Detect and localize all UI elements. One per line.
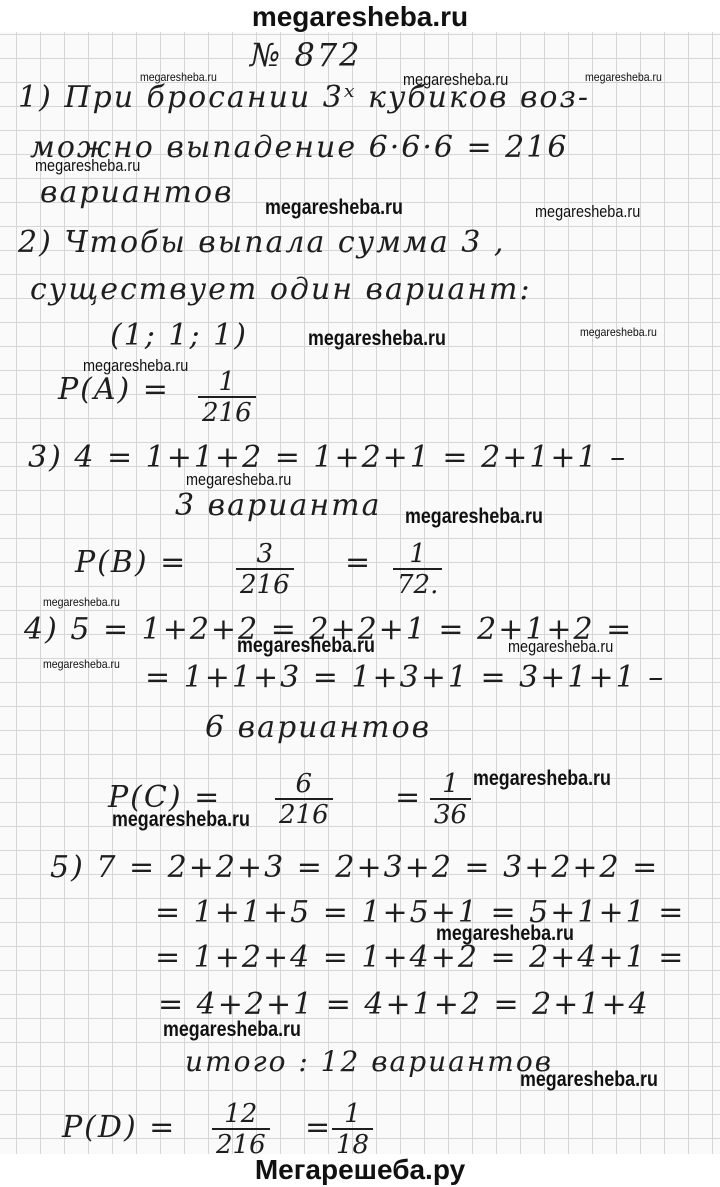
watermark: megaresheba.ru xyxy=(163,1018,301,1042)
part5-line3: = 1+2+4 = 1+4+2 = 2+4+1 = xyxy=(155,940,685,975)
part4-fraction: 6 216 xyxy=(275,770,333,830)
part2-line1: 2) Чтобы выпала сумма 3 , xyxy=(18,225,505,260)
watermark: megaresheba.ru xyxy=(43,595,120,609)
fraction-numerator: 12 xyxy=(220,1100,261,1128)
part5-equals: = xyxy=(305,1110,332,1145)
watermark: megaresheba.ru xyxy=(473,767,611,791)
watermark: megaresheba.ru xyxy=(585,70,662,84)
fraction-denominator: 72. xyxy=(393,570,442,600)
part4-line2: = 1+1+3 = 1+3+1 = 3+1+1 – xyxy=(145,660,665,695)
part2-line2: существует один вариант: xyxy=(30,272,532,307)
problem-number: № 872 xyxy=(250,36,362,74)
watermark: megaresheba.ru xyxy=(508,637,613,657)
watermark: megaresheba.ru xyxy=(403,70,508,90)
part3-equals: = xyxy=(345,545,372,580)
part3-fraction-simplified: 1 72. xyxy=(393,540,442,600)
watermark: megaresheba.ru xyxy=(520,1068,658,1092)
watermark: megaresheba.ru xyxy=(405,505,543,529)
fraction-numerator: 1 xyxy=(215,368,240,396)
part4-fraction-simplified: 1 36 xyxy=(430,770,471,830)
part5-fraction-simplified: 1 18 xyxy=(332,1100,373,1160)
watermark: megaresheba.ru xyxy=(535,202,640,222)
part2-fraction: 1 216 xyxy=(198,368,256,428)
watermark: megaresheba.ru xyxy=(580,325,657,339)
header-site-title[interactable]: megaresheba.ru xyxy=(0,0,720,34)
fraction-numerator: 1 xyxy=(438,770,463,798)
part5-fraction: 12 216 xyxy=(212,1100,270,1160)
footer-site-title[interactable]: Мегарешеба.ру xyxy=(0,1152,720,1187)
watermark: megaresheba.ru xyxy=(265,196,403,220)
fraction-numerator: 3 xyxy=(253,540,278,568)
part3-line1: 3) 4 = 1+1+2 = 1+2+1 = 2+1+1 – xyxy=(28,440,627,475)
fraction-numerator: 1 xyxy=(405,540,430,568)
fraction-numerator: 6 xyxy=(292,770,317,798)
part5-line5: итого : 12 вариантов xyxy=(185,1045,553,1078)
watermark: megaresheba.ru xyxy=(83,356,188,376)
watermark: megaresheba.ru xyxy=(35,156,140,176)
part2-probability-label: P(A) = xyxy=(58,372,170,407)
part5-probability-label: P(D) = xyxy=(62,1110,176,1145)
watermark: megaresheba.ru xyxy=(237,634,375,658)
part5-line1: 5) 7 = 2+2+3 = 2+3+2 = 3+2+2 = xyxy=(50,850,659,885)
part2-line3: (1; 1; 1) xyxy=(110,318,248,353)
part3-fraction: 3 216 xyxy=(236,540,294,600)
fraction-denominator: 216 xyxy=(236,570,294,600)
part5-line4: = 4+2+1 = 4+1+2 = 2+1+4 xyxy=(158,987,650,1022)
fraction-numerator: 1 xyxy=(340,1100,365,1128)
watermark: megaresheba.ru xyxy=(140,70,217,84)
part3-line2: 3 варианта xyxy=(175,488,381,523)
part4-line3: 6 вариантов xyxy=(205,710,431,745)
fraction-denominator: 216 xyxy=(198,398,256,428)
part3-probability-label: P(B) = xyxy=(75,545,187,580)
fraction-denominator: 36 xyxy=(430,800,471,830)
part4-equals: = xyxy=(395,780,422,815)
watermark: megaresheba.ru xyxy=(43,657,120,671)
fraction-denominator: 216 xyxy=(275,800,333,830)
part5-line2: = 1+1+5 = 1+5+1 = 5+1+1 = xyxy=(155,895,685,930)
watermark: megaresheba.ru xyxy=(308,327,446,351)
watermark: megaresheba.ru xyxy=(186,470,291,490)
part1-line3: вариантов xyxy=(40,175,234,210)
watermark: megaresheba.ru xyxy=(436,922,574,946)
watermark: megaresheba.ru xyxy=(112,808,250,832)
